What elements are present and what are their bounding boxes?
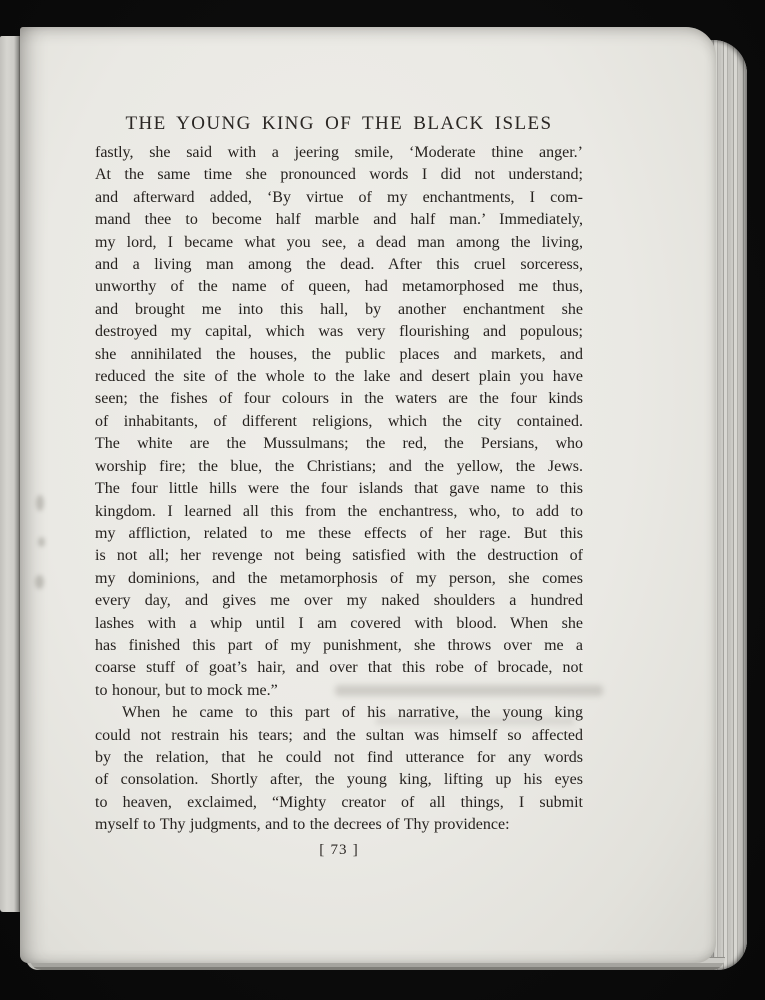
text-line: she annihilated the houses, the public p… [95,344,583,366]
paragraphs-container: fastly, she said with a jeering smile, ‘… [95,142,583,837]
text-line: and afterward added, ‘By virtue of my en… [95,187,583,209]
text-line: by the relation, that he could not find … [95,747,583,769]
text-line: coarse stuff of goat’s hair, and over th… [95,657,583,679]
text-line: seen; the fishes of four colours in the … [95,388,583,410]
running-header: THE YOUNG KING OF THE BLACK ISLES [95,113,583,135]
text-line: my lord, I became what you see, a dead m… [95,232,583,254]
body-text: fastly, she said with a jeering smile, ‘… [95,142,583,861]
text-line: unworthy of the name of queen, had metam… [95,276,583,298]
facing-page-edge [0,36,20,912]
text-line: mand thee to become half marble and half… [95,209,583,231]
margin-smudge [36,495,44,511]
text-line: When he came to this part of his narrati… [95,702,583,724]
text-line: my affliction, related to me these effec… [95,523,583,545]
text-line: destroyed my capital, which was very flo… [95,321,583,343]
text-line: to honour, but to mock me.” [95,680,583,702]
text-line: The four little hills were the four isla… [95,478,583,500]
text-line: and a living man among the dead. After t… [95,254,583,276]
text-line: is not all; her revenge not being satisf… [95,545,583,567]
text-line: my dominions, and the metamorphosis of m… [95,568,583,590]
page-edges-right [711,40,747,970]
text-line: The white are the Mussulmans; the red, t… [95,433,583,455]
text-line: every day, and gives me over my naked sh… [95,590,583,612]
text-line: worship fire; the blue, the Christians; … [95,456,583,478]
text-line: and brought me into this hall, by anothe… [95,299,583,321]
text-line: fastly, she said with a jeering smile, ‘… [95,142,583,164]
text-line: to heaven, exclaimed, “Mighty creator of… [95,792,583,814]
text-line: At the same time she pronounced words I … [95,164,583,186]
text-line: myself to Thy judgments, and to the decr… [95,814,583,836]
scanned-book-photo: THE YOUNG KING OF THE BLACK ISLES fastly… [0,0,765,1000]
text-line: of consolation. Shortly after, the young… [95,769,583,791]
text-line: lashes with a whip until I am covered wi… [95,613,583,635]
paragraph: When he came to this part of his narrati… [95,702,583,836]
text-line: of inhabitants, of different religions, … [95,411,583,433]
book-page: THE YOUNG KING OF THE BLACK ISLES fastly… [20,27,716,963]
paragraph: fastly, she said with a jeering smile, ‘… [95,142,583,702]
page-number: [ 73 ] [95,839,583,861]
text-line: could not restrain his tears; and the su… [95,725,583,747]
margin-smudge [35,575,44,589]
text-line: kingdom. I learned all this from the enc… [95,501,583,523]
margin-smudge [38,537,45,547]
text-line: has finished this part of my punishment,… [95,635,583,657]
text-line: reduced the site of the whole to the lak… [95,366,583,388]
